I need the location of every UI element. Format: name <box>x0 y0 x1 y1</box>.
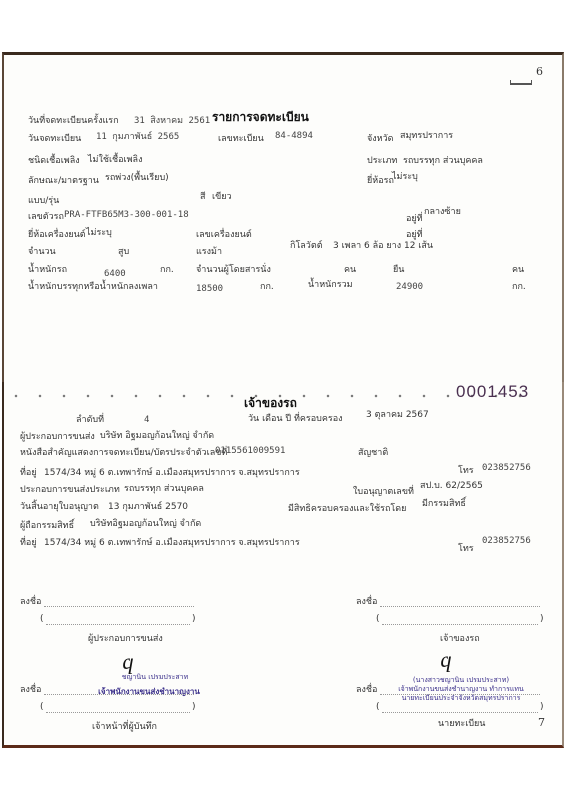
chassis-number-label: เลขตัวรถ <box>28 212 64 223</box>
registrar-name-line[interactable] <box>382 712 538 713</box>
vehicle-weight-value: 6400 <box>104 269 126 280</box>
address-label: ที่อยู่ <box>20 468 37 479</box>
operator-name-line[interactable] <box>46 624 190 625</box>
axle-wheel-info: 3 เพลา 6 ล้อ ยาง 12 เส้น <box>333 241 433 252</box>
passengers-seated-unit: คน <box>344 265 356 276</box>
color-value: เขียว <box>212 192 232 203</box>
operator-paren-open: ( <box>40 614 44 625</box>
page-number-bottom: 7 <box>538 717 545 728</box>
possession-right-label: มีสิทธิครอบครองและใช้รถโดย <box>288 504 406 515</box>
recorder-signature-line[interactable] <box>44 694 194 695</box>
owner-phone-value: 023852756 <box>482 536 531 547</box>
cylinders-unit: สูบ <box>118 247 129 258</box>
serial-number: 0001453 <box>456 382 529 402</box>
passengers-seated-label: จำนวนผู้โดยสารนั่ง <box>196 265 271 276</box>
characteristic-value: รถพ่วง(พื้นเรียบ) <box>105 173 169 184</box>
vehicle-weight-unit: กก. <box>160 265 174 276</box>
fuel-type-value: ไม่ใช้เชื้อเพลิง <box>88 155 142 166</box>
brand-label: ยี่ห้อรถ <box>367 176 394 187</box>
owner-address-label: ที่อยู่ <box>20 538 37 549</box>
owner-signature-line[interactable] <box>380 606 540 607</box>
vehicle-weight-label: น้ำหนักรถ <box>28 265 67 276</box>
load-weight-value: 18500 <box>196 284 223 295</box>
license-expiry-value: 13 กุมภาพันธ์ 2570 <box>108 502 188 513</box>
id-document-label: หนังสือสำคัญแสดงการจดทะเบียน/บัตรประจำตั… <box>20 448 227 459</box>
registration-number-label: เลขทะเบียน <box>218 134 264 145</box>
recorder-name-line[interactable] <box>46 712 190 713</box>
registrar-paren-close: ) <box>540 702 544 713</box>
brand-value: ไม่ระบุ <box>392 172 418 183</box>
registration-title: รายการจดทะเบียน <box>212 112 309 123</box>
cylinders-label: จำนวน <box>28 247 56 258</box>
registrar-stamp-line2: เจ้าพนักงานขนส่งชำนาญงาน ทำการแทน <box>386 685 536 694</box>
operator-signature-line[interactable] <box>44 606 194 607</box>
owner-paren-close: ) <box>540 614 544 625</box>
registrar-stamp-line1: (นางสาวชญานิน เปรมประสาท) <box>396 676 526 685</box>
owner-phone-label: โทร <box>458 544 474 555</box>
owner-label: ผู้ถือกรรมสิทธิ์ <box>20 521 74 532</box>
characteristic-label: ลักษณะ/มาตรฐาน <box>28 176 99 187</box>
sequence-value: 4 <box>144 415 149 426</box>
registrar-role-label: นายทะเบียน <box>438 719 485 730</box>
engine-brand-label: ยี่ห้อเครื่องยนต์ <box>28 230 86 241</box>
province-value: สมุทรปราการ <box>400 131 453 142</box>
recorder-paren-open: ( <box>40 702 44 713</box>
province-label: จังหวัด <box>367 134 394 145</box>
registration-number-value: 84-4894 <box>275 131 313 142</box>
fuel-type-label: ชนิดเชื้อเพลิง <box>28 156 80 167</box>
color-label: สี <box>200 192 206 203</box>
horsepower-label: แรงม้า <box>196 247 222 258</box>
load-weight-unit: กก. <box>260 282 274 293</box>
recorder-role-label: เจ้าหน้าที่ผู้บันทึก <box>92 722 157 733</box>
owner-role-label: เจ้าของรถ <box>440 634 480 645</box>
owner-name-line[interactable] <box>382 624 538 625</box>
possession-date-value: 3 ตุลาคม 2567 <box>366 410 429 421</box>
owner-address-value: 1574/34 หมู่ 6 ต.เทพารักษ์ อ.เมืองสมุทรป… <box>44 538 300 549</box>
total-weight-value: 24900 <box>396 282 423 293</box>
license-number-value: สป.บ. 62/2565 <box>420 481 483 492</box>
load-weight-label: น้ำหนักบรรทุกหรือน้ำหนักลงเพลา <box>28 282 158 293</box>
engine-location-label: อยู่ที่ <box>406 230 423 241</box>
first-registration-value: 31 สิงหาคม 2561 <box>134 116 210 127</box>
id-document-value: 0115561009591 <box>215 446 285 457</box>
chassis-location-value: กลางซ้าย <box>424 207 461 218</box>
recorder-paren-close: ) <box>192 702 196 713</box>
possession-right-value: มีกรรมสิทธิ์ <box>422 499 466 510</box>
registrar-stamp-line3: นายทะเบียนประจำจังหวัดสมุทรปราการ <box>386 694 536 703</box>
license-number-label: ใบอนุญาตเลขที่ <box>353 487 414 498</box>
engine-number-label: เลขเครื่องยนต์ <box>196 230 252 241</box>
owner-sign-label: ลงชื่อ <box>356 597 377 608</box>
address-value: 1574/34 หมู่ 6 ต.เทพารักษ์ อ.เมืองสมุทรป… <box>44 468 300 479</box>
license-expiry-label: วันสิ้นอายุใบอนุญาต <box>20 502 99 513</box>
model-label: แบบ/รุ่น <box>28 196 59 207</box>
owner-section-title: เจ้าของรถ <box>244 398 297 409</box>
page-number-top: 6 <box>536 66 543 77</box>
total-weight-label: น้ำหนักรวม <box>308 280 353 291</box>
operator-label: ผู้ประกอบการขนส่ง <box>20 432 95 443</box>
kilowatt-label: กิโลวัตต์ <box>290 241 323 252</box>
operator-value: บริษัท อิฐมอญก้อนใหญ่ จำกัด <box>100 431 214 442</box>
passengers-standing-label: ยืน <box>393 265 404 276</box>
registration-date-label: วันจดทะเบียน <box>28 134 81 145</box>
vehicle-type-label: ประเภท <box>367 156 397 167</box>
owner-value: บริษัทอิฐมอญก้อนใหญ่ จำกัด <box>90 519 201 530</box>
operator-sign-label: ลงชื่อ <box>20 597 41 608</box>
chassis-number-value: PRA-FTFB65M3-300-001-18 <box>64 210 189 221</box>
sequence-label: ลำดับที่ <box>76 415 104 426</box>
chassis-location-label: อยู่ที่ <box>406 214 423 225</box>
passengers-standing-unit: คน <box>512 265 524 276</box>
engine-brand-value: ไม่ระบุ <box>86 228 112 239</box>
phone-label: โทร <box>458 466 474 477</box>
operator-type-label: ประกอบการขนส่งประเภท <box>20 485 120 496</box>
total-weight-unit: กก. <box>512 282 526 293</box>
page-corner-mark <box>510 80 532 85</box>
registration-date-value: 11 กุมภาพันธ์ 2565 <box>96 132 179 143</box>
operator-paren-close: ) <box>192 614 196 625</box>
registrar-signature: ϥ <box>440 652 451 678</box>
vehicle-type-value: รถบรรทุก ส่วนบุคคล <box>403 156 483 167</box>
nationality-label: สัญชาติ <box>358 448 388 459</box>
recorder-stamp-name: ชญานิน เปรมประสาท <box>100 673 210 682</box>
phone-value: 023852756 <box>482 463 531 474</box>
registrar-signature-line[interactable] <box>380 694 540 695</box>
operator-type-value: รถบรรทุก ส่วนบุคคล <box>124 484 204 495</box>
registrar-paren-open: ( <box>376 702 380 713</box>
operator-role-label: ผู้ประกอบการขนส่ง <box>88 634 163 645</box>
possession-date-label: วัน เดือน ปี ที่ครอบครอง <box>248 414 343 425</box>
recorder-sign-label: ลงชื่อ <box>20 685 41 696</box>
first-registration-label: วันที่จดทะเบียนครั้งแรก <box>28 116 119 127</box>
owner-paren-open: ( <box>376 614 380 625</box>
registrar-sign-label: ลงชื่อ <box>356 685 377 696</box>
